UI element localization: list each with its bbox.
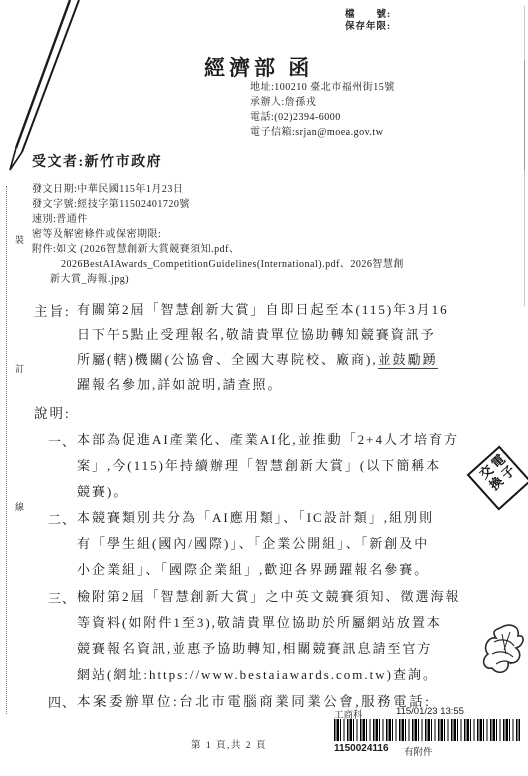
electronic-exchange-stamp: 電子交換 <box>467 445 528 510</box>
barcode-number: 1150024116 <box>334 743 389 754</box>
registry-datetime: 115/01/23 13:55 <box>396 706 464 717</box>
file-number-label: 檔 號: <box>345 9 391 21</box>
priority-line: 速別:普通件 <box>32 212 88 227</box>
doc-number-line: 發文字號:經技字第11502401720號 <box>32 197 190 212</box>
scribble-stamp <box>480 620 526 700</box>
item-2-line-2: 有「學生組(國內/國際)」、「企業公開組」、「新創及中 <box>77 531 429 557</box>
subject-underline-segment: 並鼓勵踴 <box>378 352 438 369</box>
binding-mark-ding: 訂 <box>15 362 24 375</box>
item-3-line-1: 檢附第2屆「智慧創新大賞」之中英文競賽須知、徵選海報 <box>77 584 461 610</box>
item-2-line-1: 本競賽類別共分為「AI應用類」、「IC設計類」,組別則 <box>77 505 434 531</box>
item-2-number: 二、 <box>48 509 76 528</box>
security-line: 密等及解密條件或保密期限: <box>32 227 161 242</box>
item-2-line-3: 小企業組」、「國際企業組」,歡迎各界踴躍報名參賽。 <box>77 557 429 583</box>
attachment-flag: 有附件 <box>404 744 433 758</box>
binding-mark-zhuang: 裝 <box>15 233 24 246</box>
retention-label: 保存年限: <box>345 21 391 33</box>
subject-label: 主旨: <box>34 300 71 320</box>
binding-dotted-line <box>6 186 7 714</box>
explanation-label: 說明: <box>34 402 71 422</box>
item-1-line-1: 本部為促進AI產業化、產業AI化,並推動「2+4人才培育方 <box>77 427 459 453</box>
item-4-number: 四、 <box>48 692 76 711</box>
agency-contact: 承辦人:詹孫戎 <box>250 95 316 110</box>
agency-address: 地址:100210 臺北市福州街15號 <box>250 80 395 95</box>
item-4-line-1: 本案委辦單位:台北市電腦商業同業公會,服務電話: <box>77 689 431 715</box>
agency-email: 電子信箱:srjan@moea.gov.tw <box>250 125 383 140</box>
item-3-number: 三、 <box>48 588 76 607</box>
subject-line-1: 有關第2屆「智慧創新大賞」自即日起至本(115)年3月16 <box>77 297 449 322</box>
doc-date-line: 發文日期:中華民國115年1月23日 <box>32 182 183 197</box>
attachment-line-1: 附件:如文 (2026智慧創新大賞競賽須知.pdf、 <box>32 242 239 257</box>
recipient-line: 受文者:新竹市政府 <box>32 151 162 171</box>
page-number: 第 1 頁,共 2 頁 <box>191 737 267 751</box>
item-3-line-4: 網站(網址:https://www.bestaiawards.com.tw)查詢… <box>77 662 438 688</box>
agency-phone: 電話:(02)2394-6000 <box>250 110 341 125</box>
attachment-line-3: 新大賞_海報.jpg) <box>50 272 129 287</box>
binding-mark-xian: 線 <box>15 500 24 513</box>
document-title: 經濟部 函 <box>204 52 313 82</box>
subject-line-2: 日下午5點止受理報名,敬請貴單位協助轉知競賽資訊予 <box>77 322 436 347</box>
barcode <box>334 719 520 741</box>
item-1-line-2: 案」,今(115)年持續辦理「智慧創新大賞」(以下簡稱本 <box>77 453 441 479</box>
subject-line-4: 躍報名參加,詳如說明,請查照。 <box>77 372 283 397</box>
item-3-line-2: 等資料(如附件1至3),敬請貴單位協助於所屬網站放置本 <box>77 610 442 636</box>
page: { "colors": { "ink": "#1c1c1c", "paper":… <box>0 0 528 776</box>
attachment-line-2: 2026BestAIAwards_CompetitionGuidelines(I… <box>61 257 404 272</box>
item-1-number: 一、 <box>48 431 76 450</box>
subject-line-3: 所屬(轄)機關(公協會、全國大專院校、廠商),並鼓勵踴 <box>77 347 438 372</box>
item-1-line-3: 競賽)。 <box>77 479 128 505</box>
item-3-line-3: 競賽報名資訊,並惠予協助轉知,相關競賽訊息請至官方 <box>77 636 433 662</box>
subject-line-3-text: 所屬(轄)機關(公協會、全國大專院校、廠商), <box>77 352 378 367</box>
right-edge-scan-line-dark <box>524 60 525 170</box>
